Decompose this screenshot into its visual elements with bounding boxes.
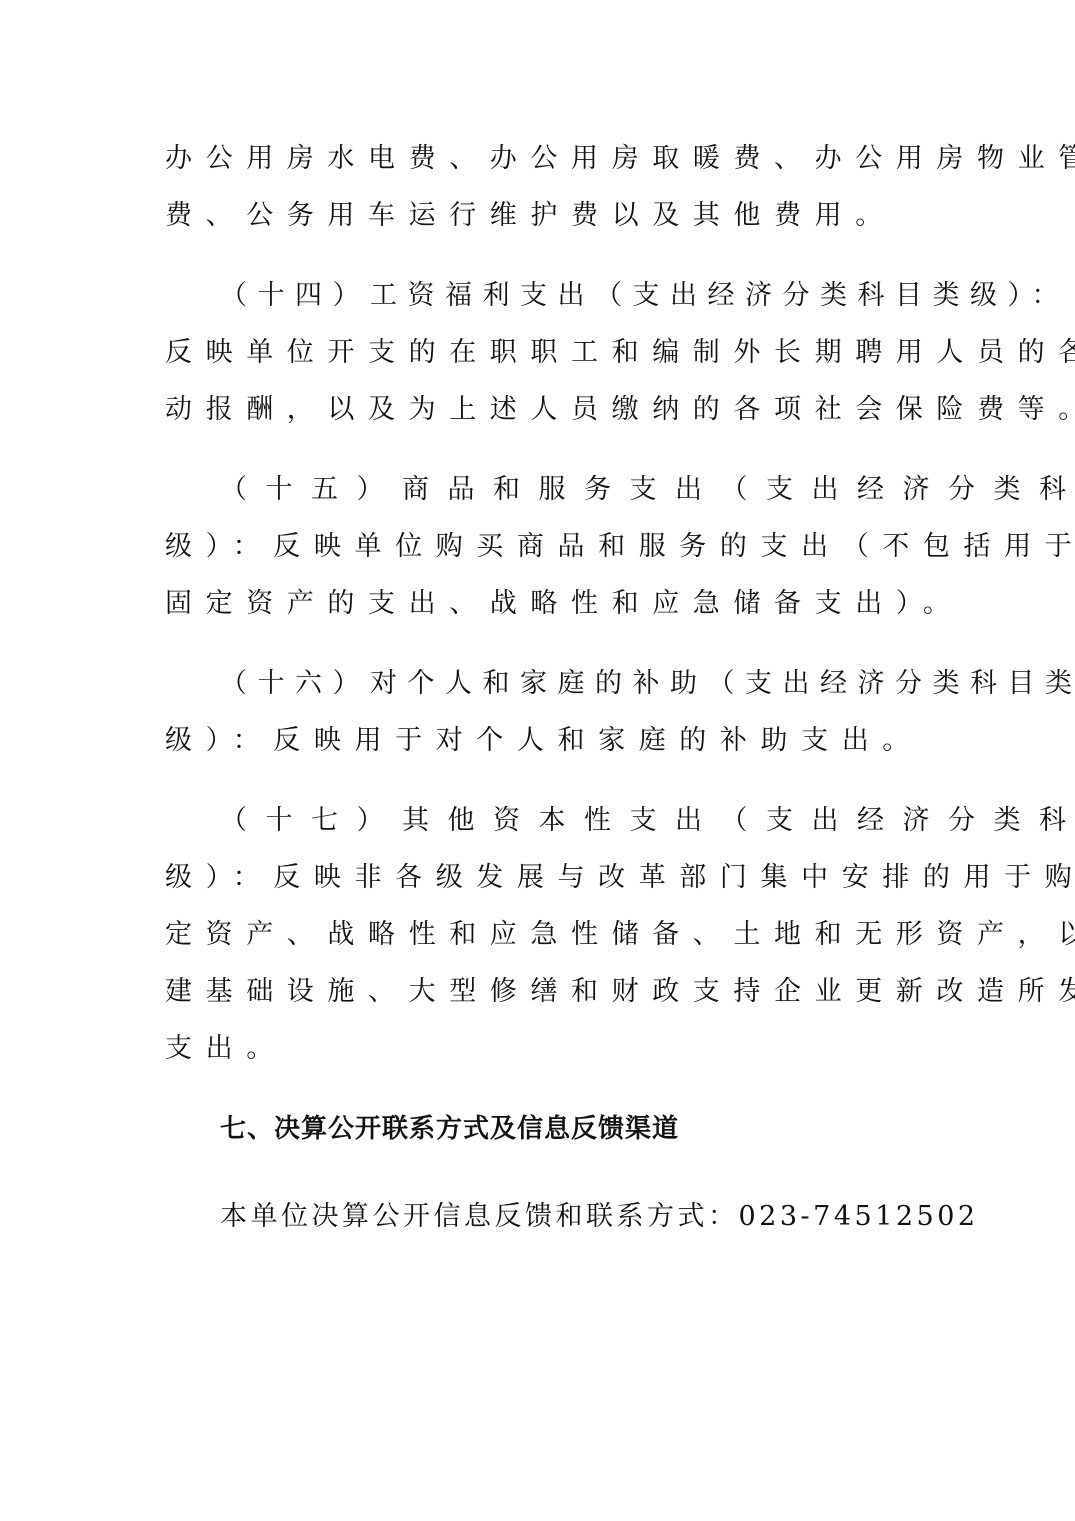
text-line: 动报酬，以及为上述人员缴纳的各项社会保险费等。 (165, 381, 925, 438)
text-line: 支出。 (165, 1020, 925, 1077)
section-heading: 七、决算公开联系方式及信息反馈渠道 (220, 1101, 915, 1158)
paragraph-wage-welfare-expenditure: （十四）工资福利支出（支出经济分类科目类级）： 反映单位开支的在职职工和编制外长… (165, 267, 925, 438)
text-line: （十六）对个人和家庭的补助（支出经济分类科目类 (165, 655, 925, 712)
text-line: 定资产、战略性和应急性储备、土地和无形资产，以及构 (165, 906, 925, 963)
contact-info: 本单位决算公开信息反馈和联系方式：023-74512502 (220, 1188, 915, 1245)
text-line: 级）：反映单位购买商品和服务的支出（不包括用于购置 (165, 518, 925, 575)
text-line: （十五）商品和服务支出（支出经济分类科目类 (165, 461, 925, 518)
text-line: 级）：反映非各级发展与改革部门集中安排的用于购置固 (165, 849, 925, 906)
text-line: （十七）其他资本性支出（支出经济分类科目类 (165, 792, 925, 849)
text-line: 办公用房水电费、办公用房取暖费、办公用房物业管理 (165, 130, 925, 187)
paragraph-office-costs: 办公用房水电费、办公用房取暖费、办公用房物业管理 费、公务用车运行维护费以及其他… (165, 130, 925, 244)
text-line: 固定资产的支出、战略性和应急储备支出）。 (165, 575, 925, 632)
paragraph-other-capital-expenditure: （十七）其他资本性支出（支出经济分类科目类 级）：反映非各级发展与改革部门集中安… (165, 792, 925, 1077)
text-line: 反映单位开支的在职职工和编制外长期聘用人员的各类劳 (165, 324, 925, 381)
paragraph-household-subsidy: （十六）对个人和家庭的补助（支出经济分类科目类 级）：反映用于对个人和家庭的补助… (165, 655, 925, 769)
text-line: 费、公务用车运行维护费以及其他费用。 (165, 187, 925, 244)
text-line: （十四）工资福利支出（支出经济分类科目类级）： (165, 267, 925, 324)
text-line: 建基础设施、大型修缮和财政支持企业更新改造所发生的 (165, 963, 925, 1020)
paragraph-goods-services-expenditure: （十五）商品和服务支出（支出经济分类科目类 级）：反映单位购买商品和服务的支出（… (165, 461, 925, 632)
document-page: 办公用房水电费、办公用房取暖费、办公用房物业管理 费、公务用车运行维护费以及其他… (165, 130, 915, 1245)
text-line: 级）：反映用于对个人和家庭的补助支出。 (165, 712, 925, 769)
